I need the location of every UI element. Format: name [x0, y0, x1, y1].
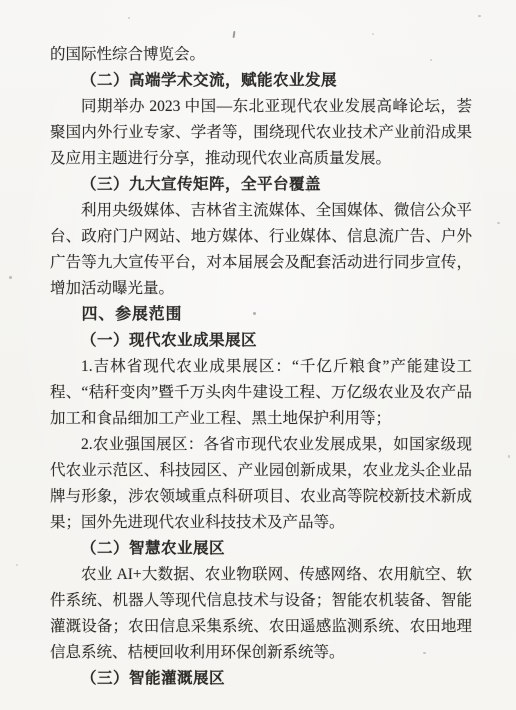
- document-page: 的国际性综合博览会。 （二）高端学术交流，赋能农业发展 同期举办 2023 中国…: [0, 0, 516, 710]
- scan-artifact: [16, 564, 18, 566]
- subheading-promotion-matrix: （三）九大宣传矩阵，全平台覆盖: [50, 172, 472, 198]
- paragraph-smart-agri-content: 农业 AI+大数据、农业物联网、传感网络、农用航空、软件系统、机器人等现代信息技…: [50, 562, 472, 666]
- scan-artifact: [372, 33, 374, 35]
- paragraph-media-platforms: 利用央级媒体、吉林省主流媒体、全国媒体、微信公众平台、政府门户网站、地方媒体、行…: [50, 198, 472, 302]
- heading-exhibition-scope: 四、参展范围: [50, 302, 472, 328]
- paragraph-continuation: 的国际性综合博览会。: [50, 42, 472, 68]
- paragraph-jilin-achievements: 1.吉林省现代农业成果展区：“千亿斤粮食”产能建设工程、“秸秆变肉”暨千万头肉牛…: [50, 354, 472, 432]
- scan-artifact: [478, 15, 481, 17]
- scan-artifact: [497, 222, 500, 224]
- scan-artifact: [9, 276, 12, 279]
- paragraph-forum: 同期举办 2023 中国—东北亚现代农业发展高峰论坛，荟聚国内外行业专家、学者等…: [50, 94, 472, 172]
- subheading-smart-agri-zone: （二）智慧农业展区: [50, 536, 472, 562]
- scan-artifact: [508, 455, 510, 458]
- subheading-modern-agri-zone: （一）现代农业成果展区: [50, 328, 472, 354]
- scan-artifact: [128, 17, 130, 19]
- subheading-smart-irrigation-zone: （三）智能灌溉展区: [50, 666, 472, 692]
- scan-artifact: [233, 31, 236, 38]
- subheading-academic-exchange: （二）高端学术交流，赋能农业发展: [50, 68, 472, 94]
- paragraph-agri-power-zone: 2.农业强国展区：各省市现代农业发展成果，如国家级现代农业示范区、科技园区、产业…: [50, 432, 472, 536]
